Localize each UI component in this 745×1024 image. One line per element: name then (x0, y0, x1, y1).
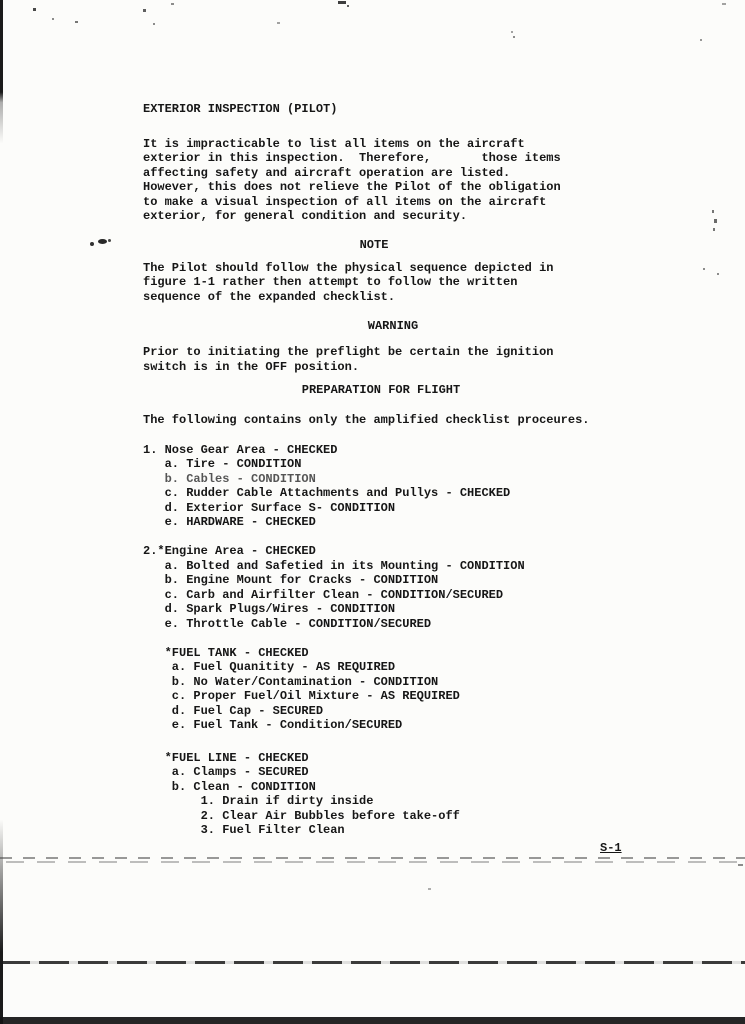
scan-artifact-dashed-line (0, 961, 745, 964)
checklist-subitem: a. Fuel Quanitity - AS REQUIRED (143, 660, 605, 675)
intro-paragraph: It is impracticable to list all items on… (143, 137, 605, 224)
checklist-subitem: c. Proper Fuel/Oil Mixture - AS REQUIRED (143, 689, 605, 704)
ink-speck (338, 1, 346, 4)
ink-speck (513, 36, 515, 38)
text-line: figure 1-1 rather then attempt to follow… (143, 275, 605, 290)
warning-paragraph: Prior to initiating the preflight be cer… (143, 345, 605, 374)
ink-speck (738, 864, 743, 866)
ink-speck (153, 23, 155, 25)
preparation-heading-text: PREPARATION FOR FLIGHT (143, 383, 605, 398)
checklist-subsubitem: 2. Clear Air Bubbles before take-off (143, 809, 605, 824)
document-text-column: EXTERIOR INSPECTION (PILOT) It is imprac… (143, 102, 605, 855)
checklist-section-nose-gear-area: 1. Nose Gear Area - CHECKED a. Tire - CO… (143, 443, 605, 530)
ink-speck (717, 273, 719, 275)
note-heading-text: NOTE (143, 238, 605, 253)
checklist-section-fuel-line: *FUEL LINE - CHECKED a. Clamps - SECURED… (143, 751, 605, 838)
checklist-item: 1. Nose Gear Area - CHECKED (143, 443, 605, 458)
ink-speck (143, 9, 146, 12)
page-number: S-1 (600, 841, 605, 856)
text-line: affecting safety and aircraft operation … (143, 166, 605, 181)
ink-speck (33, 8, 36, 11)
ink-speck (712, 210, 714, 213)
checklist-subsubitem: 1. Drain if dirty inside (143, 794, 605, 809)
ink-speck (700, 39, 702, 41)
ink-speck (722, 3, 726, 5)
scan-artifact-dashed-line (6, 861, 741, 863)
warning-heading: WARNING (143, 319, 605, 334)
document-title: EXTERIOR INSPECTION (PILOT) (143, 102, 605, 117)
checklist-subitem: c. Carb and Airfilter Clean - CONDITION/… (143, 588, 605, 603)
preparation-intro: The following contains only the amplifie… (143, 413, 605, 428)
scan-edge-bar-bottom (0, 1017, 745, 1024)
checklist-subitem: b. Cables - CONDITION (143, 472, 605, 487)
checklist-subitem: d. Exterior Surface S- CONDITION (143, 501, 605, 516)
scan-artifact-dashed-line (0, 857, 745, 859)
scanned-document-page: EXTERIOR INSPECTION (PILOT) It is imprac… (0, 0, 745, 1024)
checklist-subitem: b. No Water/Contamination - CONDITION (143, 675, 605, 690)
checklist-subitem: d. Spark Plugs/Wires - CONDITION (143, 602, 605, 617)
text-line: However, this does not relieve the Pilot… (143, 180, 605, 195)
ink-speck (703, 268, 705, 270)
checklist-section-fuel-tank: *FUEL TANK - CHECKED a. Fuel Quanitity -… (143, 646, 605, 733)
ink-blot (108, 239, 111, 242)
ink-speck (714, 219, 717, 223)
note-paragraph: The Pilot should follow the physical seq… (143, 261, 605, 305)
ink-speck (52, 18, 54, 20)
checklist-subsubitem: 3. Fuel Filter Clean (143, 823, 605, 838)
ink-speck (171, 3, 174, 5)
scan-edge-line-left (0, 0, 3, 1024)
text-line: The Pilot should follow the physical seq… (143, 261, 605, 276)
checklist-section-engine-area: 2.*Engine Area - CHECKED a. Bolted and S… (143, 544, 605, 631)
text-line: It is impracticable to list all items on… (143, 137, 605, 152)
checklist-subitem: c. Rudder Cable Attachments and Pullys -… (143, 486, 605, 501)
ink-speck (75, 21, 78, 23)
checklist-subitem: d. Fuel Cap - SECURED (143, 704, 605, 719)
checklist-subitem: e. Throttle Cable - CONDITION/SECURED (143, 617, 605, 632)
note-heading: NOTE (143, 238, 605, 253)
ink-blot (98, 239, 107, 244)
text-line: exterior, for general condition and secu… (143, 209, 605, 224)
ink-speck (347, 5, 349, 7)
checklist-item: *FUEL LINE - CHECKED (143, 751, 605, 766)
ink-speck (428, 888, 431, 890)
checklist-subitem: e. Fuel Tank - Condition/SECURED (143, 718, 605, 733)
title-text: EXTERIOR INSPECTION (PILOT) (143, 102, 605, 117)
checklist-subitem: b. Clean - CONDITION (143, 780, 605, 795)
checklist-subitem: e. HARDWARE - CHECKED (143, 515, 605, 530)
checklist-subitem: a. Clamps - SECURED (143, 765, 605, 780)
text-line: Prior to initiating the preflight be cer… (143, 345, 605, 360)
checklist-subitem: a. Tire - CONDITION (143, 457, 605, 472)
ink-speck (713, 228, 715, 231)
warning-heading-text: WARNING (143, 319, 605, 334)
ink-speck (277, 22, 280, 24)
checklist-item: *FUEL TANK - CHECKED (143, 646, 605, 661)
text-line: The following contains only the amplifie… (143, 413, 605, 428)
text-line: sequence of the expanded checklist. (143, 290, 605, 305)
checklist-subitem: b. Engine Mount for Cracks - CONDITION (143, 573, 605, 588)
text-line: switch is in the OFF position. (143, 360, 605, 375)
checklist-item: 2.*Engine Area - CHECKED (143, 544, 605, 559)
checklist-subitem: a. Bolted and Safetied in its Mounting -… (143, 559, 605, 574)
preparation-heading: PREPARATION FOR FLIGHT (143, 383, 605, 398)
ink-speck (511, 31, 513, 33)
text-line: exterior in this inspection. Therefore, … (143, 151, 605, 166)
ink-blot (90, 242, 94, 246)
text-line: to make a visual inspection of all items… (143, 195, 605, 210)
